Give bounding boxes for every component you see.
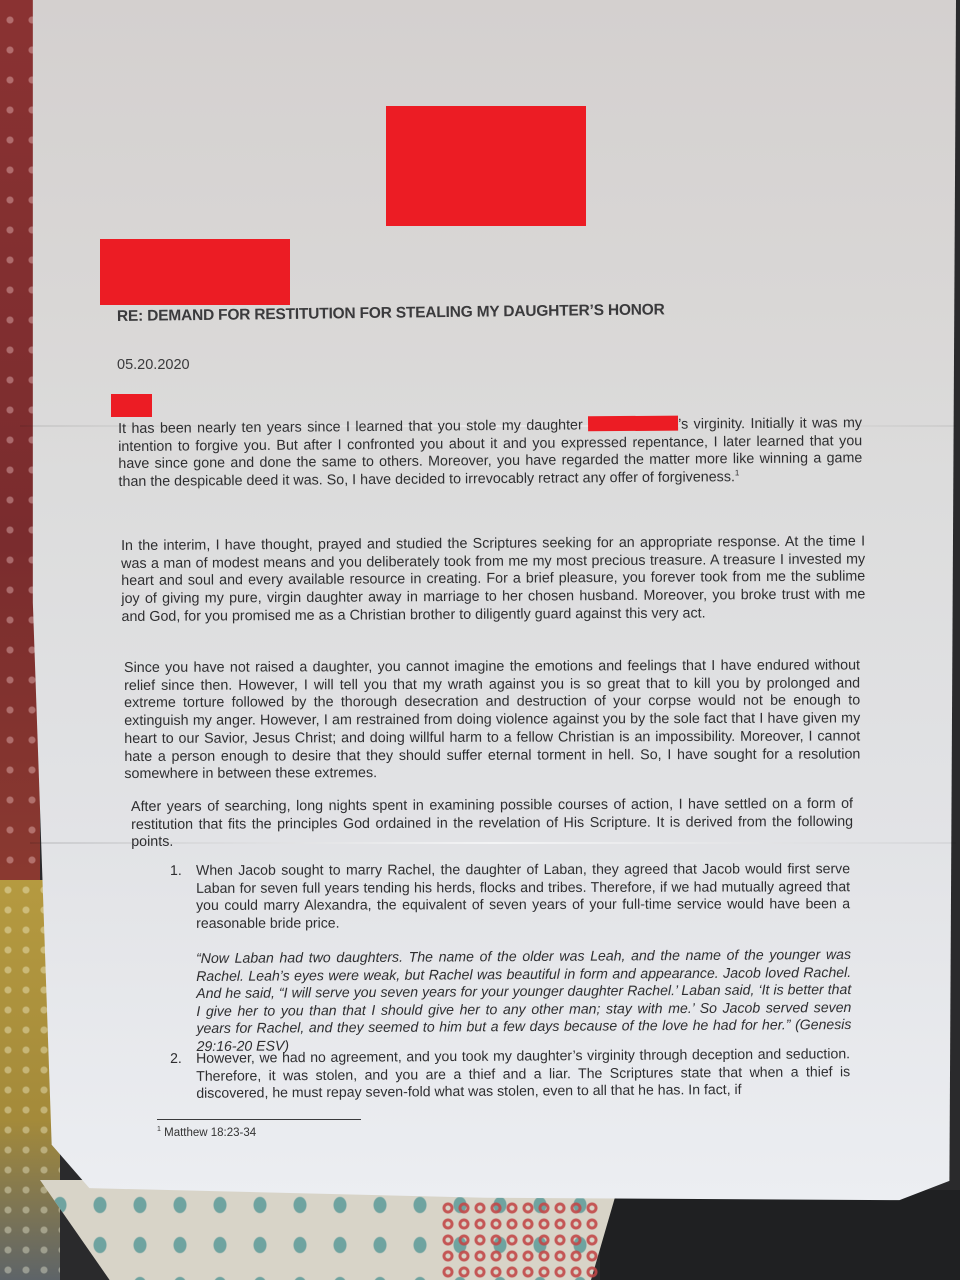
paragraph-4: After years of searching, long nights sp… <box>131 796 853 852</box>
redaction-sender-block <box>386 106 586 226</box>
paragraph-2: In the interim, I have thought, prayed a… <box>121 533 866 626</box>
list-item-text: When Jacob sought to marry Rachel, the d… <box>196 860 850 932</box>
list-item-number: 2. <box>170 1050 192 1068</box>
redaction-daughter-name <box>588 416 678 432</box>
redaction-recipient-block <box>100 239 290 305</box>
footnote-number: 1 <box>157 1126 161 1133</box>
dark-background <box>600 1190 960 1280</box>
footnote: 1 Matthew 18:23-34 <box>157 1127 256 1139</box>
paragraph-3: Since you have not raised a daughter, yo… <box>124 657 860 783</box>
letter-date: 05.20.2020 <box>117 357 190 373</box>
footnote-text: Matthew 18:23-34 <box>164 1127 256 1139</box>
scripture-quote: “Now Laban had two daughters. The name o… <box>196 946 852 1055</box>
fabric-pattern-dots <box>440 1200 600 1280</box>
paragraph-1: It has been nearly ten years since I lea… <box>118 414 863 492</box>
redaction-salutation-name <box>111 394 152 417</box>
list-item-number: 1. <box>170 862 192 880</box>
list-item: 1. When Jacob sought to marry Rachel, th… <box>170 860 850 932</box>
footnote-divider <box>157 1119 361 1120</box>
footnote-reference: 1 <box>735 468 740 477</box>
paragraph-1-start: It has been nearly ten years since I lea… <box>118 417 588 437</box>
